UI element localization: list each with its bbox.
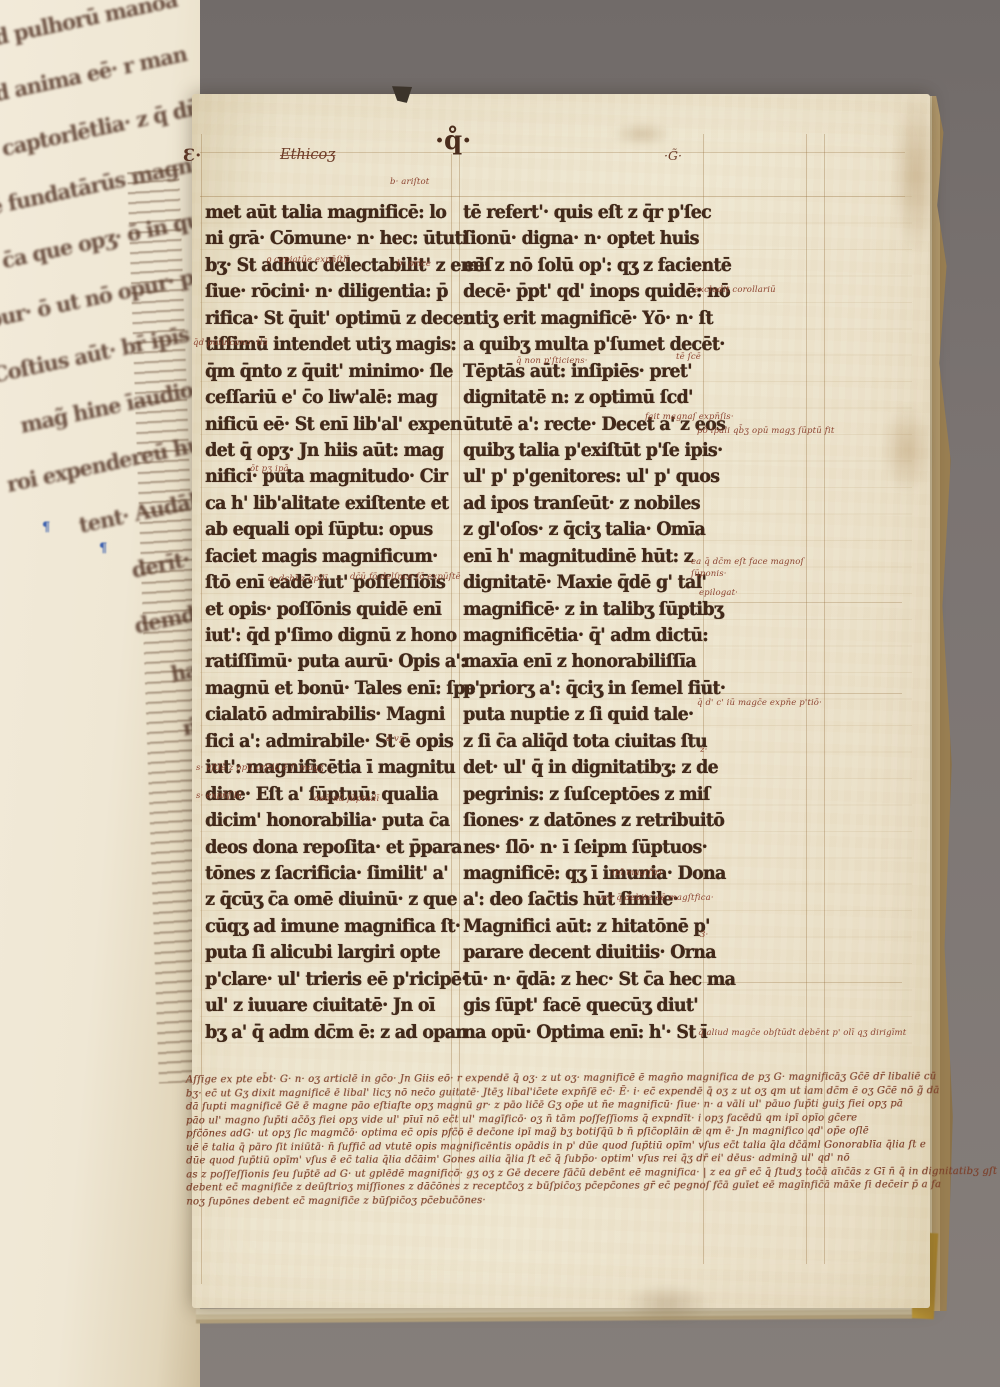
text-line: ul' z iuuare ciuitatē· Jn oī [205, 993, 442, 1019]
text-line: na opū· Optima enī: h'· St ī [463, 1020, 692, 1046]
margin-note: ē vʒ [386, 734, 404, 744]
margin-note: b· prīce [397, 259, 431, 269]
text-line: dignitatē· Maxie q̄dē g' tal' [463, 570, 692, 596]
text-line: eē· z nō ſolū op': qʒ z facientē [463, 253, 692, 279]
text-line: det q̄ opʒ· Jn hiis aūt: mag [205, 438, 442, 464]
text-line: nes· ſlō· n· ī ſeipm ſūptuos· [463, 835, 692, 861]
margin-note: fait magnaſ expn̄ſis· [645, 412, 734, 422]
margin-note: ea q̄ dc̄m eſt face magnoſ [691, 557, 804, 567]
text-line: puta nuptie z ſi quid tale· [463, 702, 692, 728]
text-line: nifici· puta magnitudo· Cir [205, 464, 442, 490]
blue-paraph-mark: ¶ [99, 541, 107, 556]
text-line: Magnifici aūt: z hitatōnē p' [463, 914, 692, 940]
text-line: maxīa enī z honorabiliſſīa [463, 649, 692, 675]
ruling-line [200, 196, 905, 197]
margin-note: a· dchī z opīlī [268, 574, 328, 584]
text-line: dignitatē n: z optimū ſcd' [463, 385, 692, 411]
text-line: fici a': admirabile· St ē opis [205, 729, 442, 755]
margin-note: b· ariſtot [390, 177, 429, 187]
bottom-gloss-block: Aſſige ex pte eb̄t· G· n· oʒ articlē in … [186, 1070, 893, 1208]
text-line: ad ipos tranſeūt· z nobiles [463, 491, 692, 517]
margin-note: q̄d puluicano· tlā [193, 338, 268, 348]
text-line: det· ul' q̄ in dignitatibʒ: z de [463, 755, 692, 781]
text-line: q̄m q̄nto z q̄uit' minimo· ſle [205, 359, 442, 385]
text-line: faciet magis magnificum· [205, 544, 442, 570]
margin-note: q̄ aliud magc̄e obſtūdt debēnt p' olī qʒ… [698, 1028, 906, 1038]
margin-note: epilogat· [699, 588, 738, 598]
text-column-right: tē refert'· quis eſt z q̄r p'ſecſionū· d… [463, 200, 692, 1046]
text-line: magnificē· z in talibʒ ſūptibʒ [463, 597, 692, 623]
text-line: iut': q̄d p'ſimo dignū z hono [205, 623, 442, 649]
text-line: bʒ a' q̄ adm dc̄m ē: z ad opan [205, 1020, 442, 1046]
header-left-mark: Ɛ· [183, 146, 201, 166]
margin-note: vea q̄ debite eē magſtfica· [598, 893, 714, 903]
text-line: gis ſūpt' facē quecūʒ diut' [463, 993, 692, 1019]
text-line: ſiones· z datōnes z retribuitō [463, 808, 692, 834]
margin-note: ipī magiſtri· [612, 868, 665, 878]
margin-note: ꝯ capiatūe expn̄ſtlī [266, 254, 349, 265]
text-line: nificū eē· St enī lib'al' expen [205, 412, 442, 438]
facing-page: quid pulhorū manoanr̄ eſhūd anima eē· r … [0, 0, 200, 1387]
text-line: decē· p̄pt' qd' inops quidē: nō [463, 279, 692, 305]
text-line: magnū et bonū· Tales enī: ſpe [205, 676, 442, 702]
margin-note: deō nū ſūptuilī [314, 794, 379, 804]
text-line: met aūt talia magnificē: lo [205, 200, 442, 226]
margin-note: z· [700, 745, 707, 755]
margin-note: 3· [700, 930, 708, 940]
text-line: parare decent diuitiis· Orna [463, 940, 692, 966]
header-right-mark: ·G̃· [664, 148, 682, 163]
text-line: tōnes z ſacrificia· ſimilit' a' [205, 861, 442, 887]
text-line: ſiue· rōcini· n· diligentia: p̄ [205, 279, 442, 305]
text-line: puta ſi alicubi largiri opte [205, 940, 442, 966]
text-line: z gl'oſos· z q̄ciʒ talia· Omīa [463, 517, 692, 543]
margin-note: s· expn̄ſ lū [196, 791, 242, 801]
text-line: pegrinis: z ſuſceptōes z miſ [463, 782, 692, 808]
margin-note: s· vſtlē z opū crſtlā ē ſ· magʒ [196, 763, 324, 773]
text-line: ceſſariū e' c̄o liw'alē: mag [205, 385, 442, 411]
text-line: cialatō admirabilis· Magni [205, 702, 442, 728]
text-line: z q̄cūʒ c̄a omē diuinū· z que [205, 887, 442, 913]
blue-paraph-mark: ¶ [42, 520, 50, 535]
text-line: ab equali opi ſūptu: opus [205, 517, 442, 543]
text-line: cūqʒ ad imune magnifica ſt· [205, 914, 442, 940]
text-line: et opis· poſſōnis quidē enī [205, 597, 442, 623]
margin-note: excludit corollariū [694, 285, 776, 295]
text-line: tē refert'· quis eſt z q̄r p'ſec [463, 200, 692, 226]
text-line: ca h' lib'alitate exiſtente et [205, 491, 442, 517]
ruling-line [702, 602, 902, 603]
margin-note: ſūponis· [691, 569, 727, 579]
text-line: quibʒ talia p'exiſtūt p'ſe ipis· [463, 438, 692, 464]
text-line: rifica· St q̄uit' optimū z decen [205, 306, 442, 332]
text-line: ul' p' p'genitores: ul' p' quos [463, 464, 692, 490]
header-center-mark: ·q̊· [435, 126, 471, 156]
text-line: ſionū· digna· n· optet huis [463, 226, 692, 252]
text-line: ni grā· Cōmune· n· hec: ūtuti [205, 226, 442, 252]
margin-note: q̄ d' c' iū magc̄e expn̄e p'tiō· [697, 698, 822, 708]
stain [612, 122, 672, 146]
text-column-left: met aūt talia magnificē: loni grā· Cōmun… [205, 200, 442, 1046]
running-title: Ethicoʒ [280, 147, 335, 163]
text-line: tū· n· q̄dā: z hec· St c̄a hec ma [463, 967, 692, 993]
text-line: ratiſſimū· puta aurū· Opis a': [205, 649, 442, 675]
stain [622, 1284, 712, 1324]
margin-note: tē ſcē [676, 352, 701, 362]
text-line: deos dona repoſita· et p̄para [205, 835, 442, 861]
text-line: a quibʒ multa p'ſumet decēt· [463, 332, 692, 358]
margin-note: dc̄ū fō delſnce fō expūſtē [350, 572, 461, 582]
text-line: utiʒ erit magnificē· Yō· n· ſt [463, 306, 692, 332]
corner-wear-stain [892, 94, 938, 254]
ruling-line [702, 693, 902, 694]
text-line: z ſi c̄a aliq̄d tota ciuitas ſtu [463, 729, 692, 755]
margin-note: q̄ non p'ſticiens· [516, 356, 588, 366]
text-line: p'clare· ul' trieris eē p'ricipē· [205, 967, 442, 993]
margin-note: ōt pʒ ipā [250, 464, 289, 474]
text-line: dicim' honorabilia· puta c̄a [205, 808, 442, 834]
stain [882, 404, 932, 494]
text-line: enī h' magnitudinē hūt: z [463, 544, 692, 570]
margin-note: pō ipali qb̄ʒ opū magʒ ſūptū fit [697, 426, 834, 436]
text-line: magnificētia· q̄' adm dictū: [463, 623, 692, 649]
manuscript-photo: quid pulhorū manoanr̄ eſhūd anima eē· r … [0, 0, 1000, 1387]
text-line: p'priorʒ a': q̄ciʒ in ſemel fiūt· [463, 676, 692, 702]
